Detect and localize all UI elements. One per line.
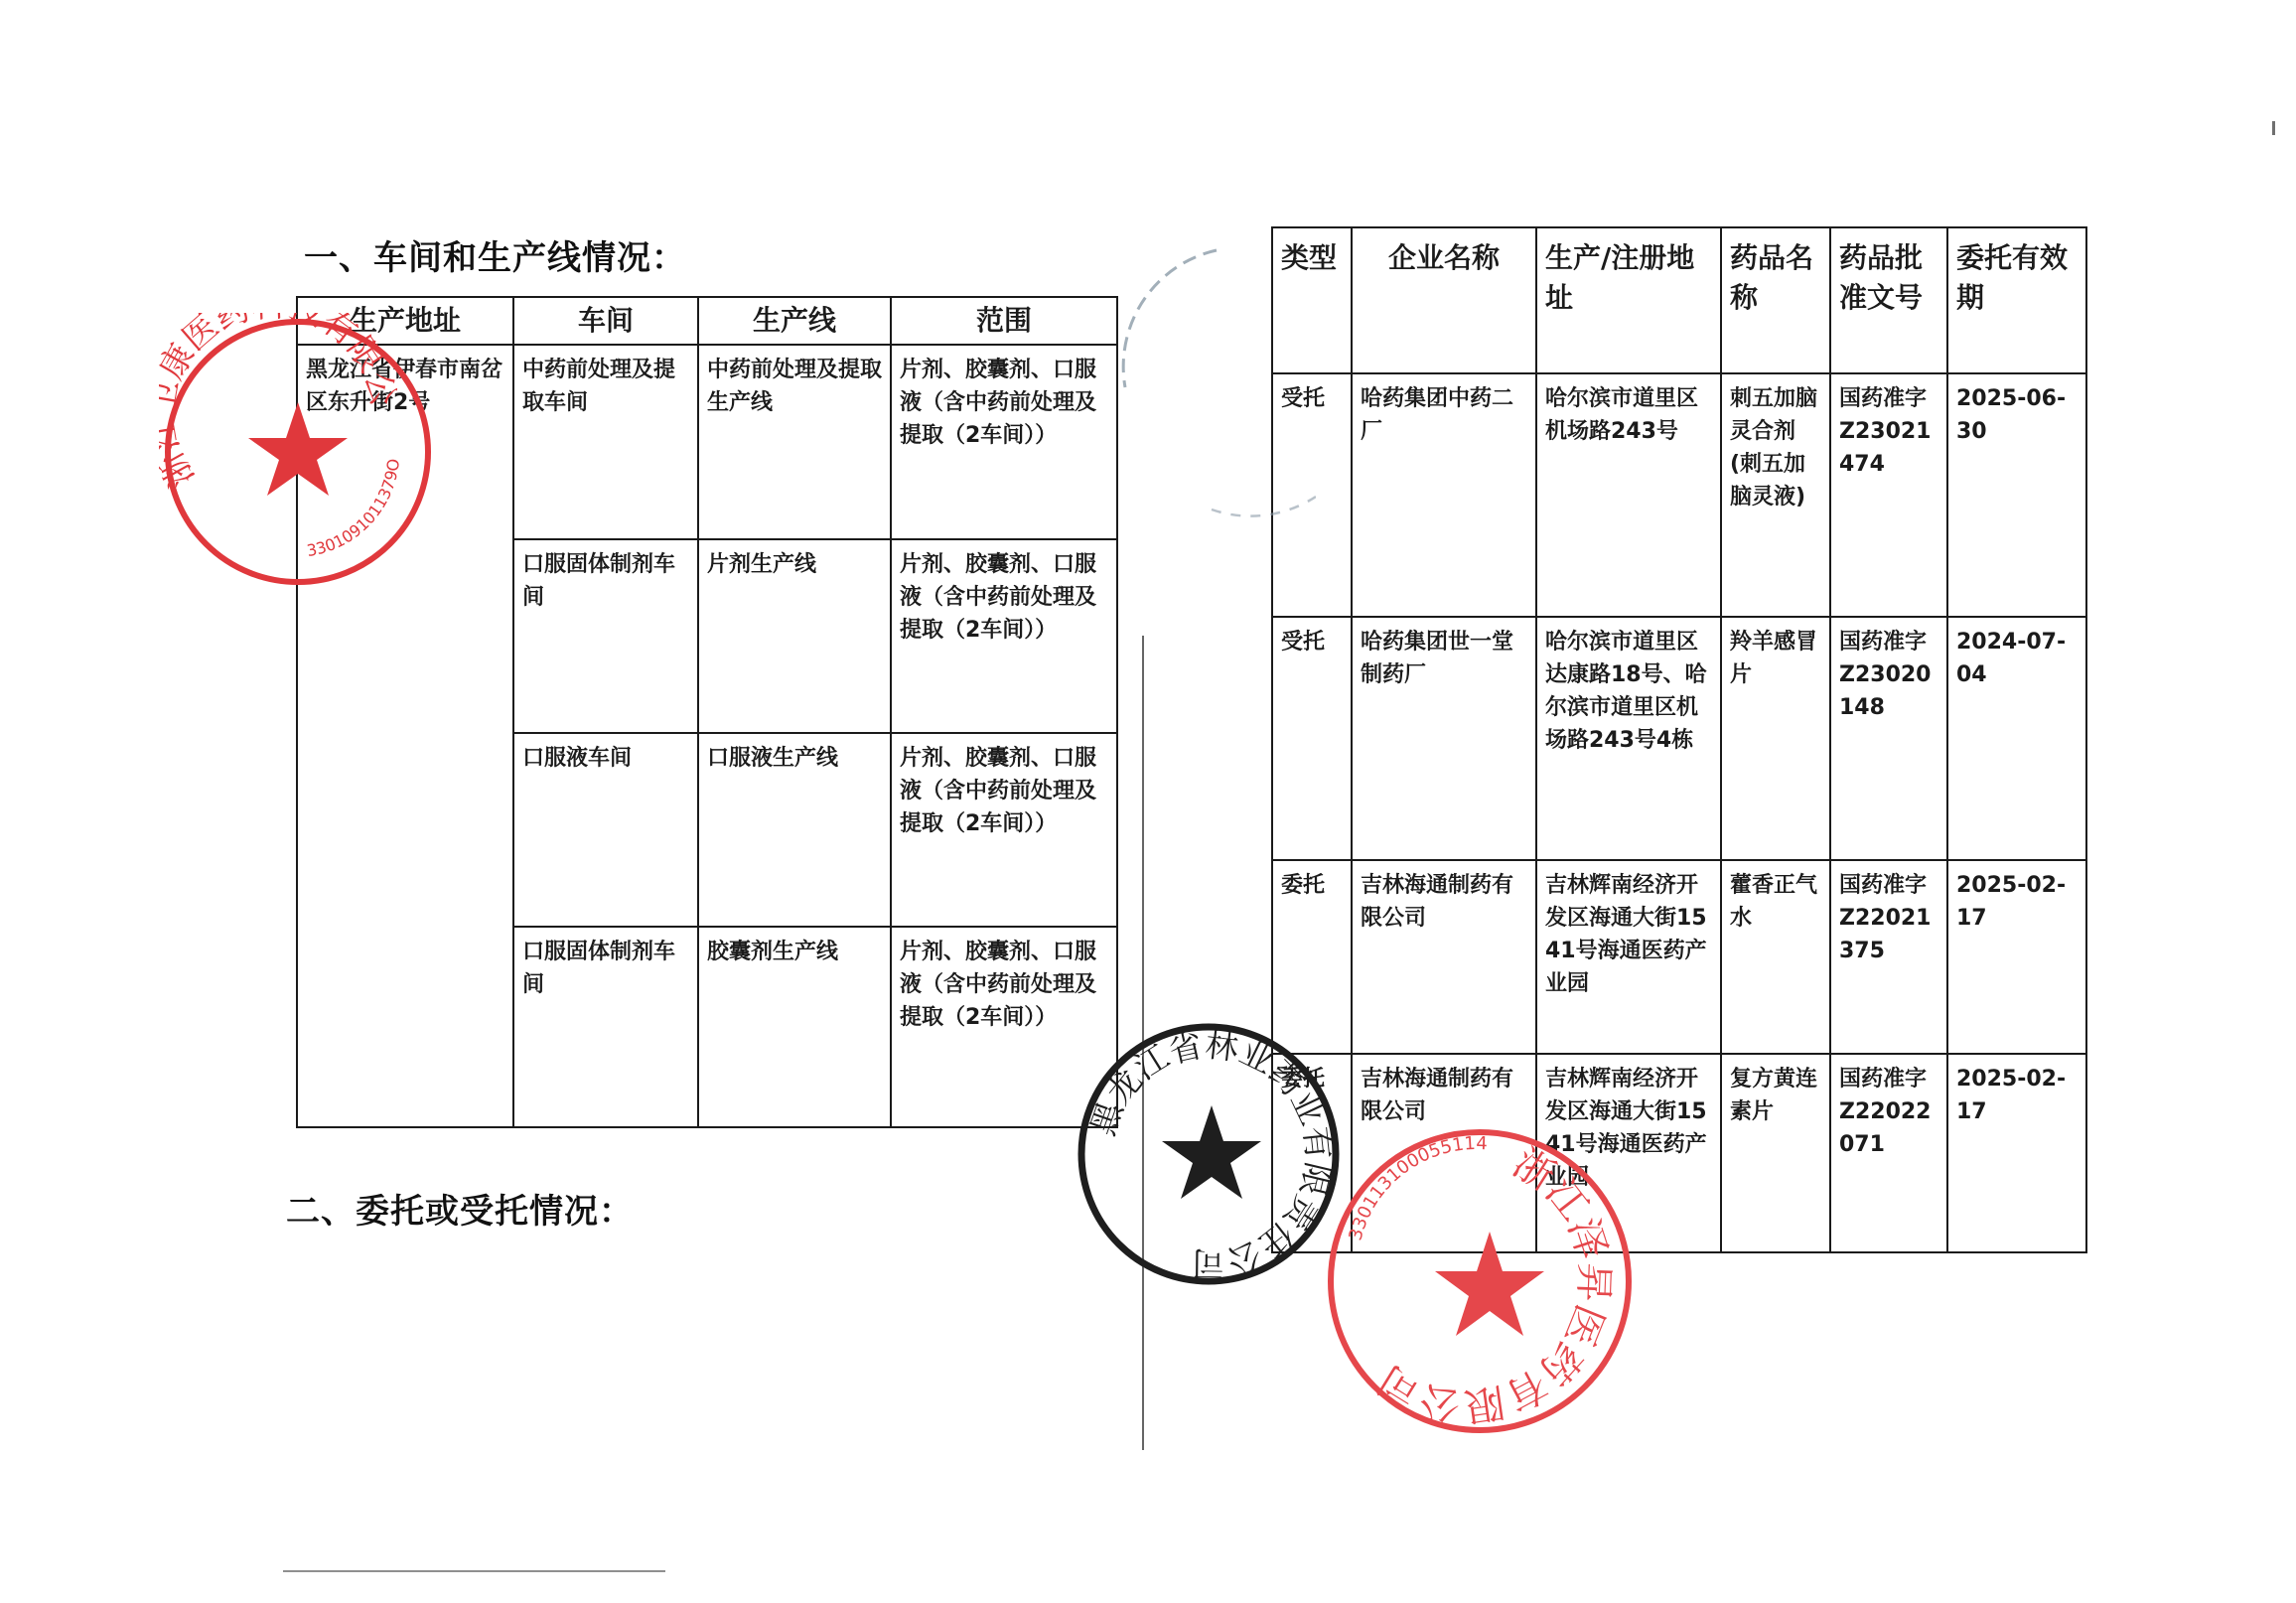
table-row: 受托 哈药集团中药二厂 哈尔滨市道里区机场路243号 刺五加脑灵合剂(刺五加脑灵… [1272, 373, 2086, 617]
company-cell: 吉林海通制药有限公司 [1352, 1054, 1536, 1252]
validity-cell: 2025-02-17 [1947, 1054, 2086, 1252]
header-approval-number: 药品批准文号 [1830, 227, 1947, 373]
drug-cell: 刺五加脑灵合剂(刺五加脑灵液) [1721, 373, 1830, 617]
table-row: 委托 吉林海通制药有限公司 吉林辉南经济开发区海通大街1541号海通医药产业园 … [1272, 860, 2086, 1054]
production-line-cell: 中药前处理及提取生产线 [698, 345, 891, 539]
section-1-title: 一、车间和生产线情况： [304, 230, 686, 279]
table-row: 黑龙江省伊春市南岔区东升街2号 中药前处理及提取车间 中药前处理及提取生产线 片… [297, 345, 1117, 539]
company-cell: 哈药集团世一堂制药厂 [1352, 617, 1536, 860]
edge-mark [2272, 121, 2275, 135]
section-2-title: 二、委托或受托情况： [286, 1184, 634, 1233]
header-type: 类型 [1272, 227, 1352, 373]
header-registered-address: 生产/注册地址 [1536, 227, 1721, 373]
workshop-cell: 口服液车间 [513, 733, 698, 927]
validity-cell: 2025-02-17 [1947, 860, 2086, 1054]
drug-cell: 复方黄连素片 [1721, 1054, 1830, 1252]
table-header-row: 类型 企业名称 生产/注册地址 药品名称 药品批准文号 委托有效期 [1272, 227, 2086, 373]
company-cell: 吉林海通制药有限公司 [1352, 860, 1536, 1054]
type-cell: 受托 [1272, 617, 1352, 860]
address-cell: 哈尔滨市道里区机场路243号 [1536, 373, 1721, 617]
drug-cell: 羚羊感冒片 [1721, 617, 1830, 860]
workshop-cell: 口服固体制剂车间 [513, 927, 698, 1127]
header-scope: 范围 [891, 297, 1117, 345]
validity-cell: 2024-07-04 [1947, 617, 2086, 860]
approval-cell: 国药准字Z23021474 [1830, 373, 1947, 617]
header-production-address: 生产地址 [297, 297, 513, 345]
production-address-cell: 黑龙江省伊春市南岔区东升街2号 [297, 345, 513, 1127]
address-cell: 吉林辉南经济开发区海通大街1541号海通医药产业园 [1536, 1054, 1721, 1252]
scope-cell: 片剂、胶囊剂、口服液（含中药前处理及提取（2车间）） [891, 539, 1117, 733]
validity-cell: 2025-06-30 [1947, 373, 2086, 617]
workshop-cell: 中药前处理及提取车间 [513, 345, 698, 539]
drug-cell: 藿香正气水 [1721, 860, 1830, 1054]
type-cell: 受托 [1272, 373, 1352, 617]
header-company-name: 企业名称 [1352, 227, 1536, 373]
workshop-cell: 口服固体制剂车间 [513, 539, 698, 733]
production-line-cell: 胶囊剂生产线 [698, 927, 891, 1127]
approval-cell: 国药准字Z22021375 [1830, 860, 1947, 1054]
fold-line [1142, 636, 1144, 1450]
entrustment-table: 类型 企业名称 生产/注册地址 药品名称 药品批准文号 委托有效期 受托 哈药集… [1271, 226, 2087, 1253]
address-cell: 哈尔滨市道里区达康路18号、哈尔滨市道里区机场路243号4栋 [1536, 617, 1721, 860]
type-cell: 委托 [1272, 860, 1352, 1054]
header-workshop: 车间 [513, 297, 698, 345]
workshop-production-line-table: 生产地址 车间 生产线 范围 黑龙江省伊春市南岔区东升街2号 中药前处理及提取车… [296, 296, 1118, 1128]
header-drug-name: 药品名称 [1721, 227, 1830, 373]
scope-cell: 片剂、胶囊剂、口服液（含中药前处理及提取（2车间）） [891, 927, 1117, 1127]
production-line-cell: 片剂生产线 [698, 539, 891, 733]
table-row: 委托 吉林海通制药有限公司 吉林辉南经济开发区海通大街1541号海通医药产业园 … [1272, 1054, 2086, 1252]
approval-cell: 国药准字Z23020148 [1830, 617, 1947, 860]
type-cell: 委托 [1272, 1054, 1352, 1252]
address-cell: 吉林辉南经济开发区海通大街1541号海通医药产业园 [1536, 860, 1721, 1054]
approval-cell: 国药准字Z22022071 [1830, 1054, 1947, 1252]
header-production-line: 生产线 [698, 297, 891, 345]
header-validity: 委托有效期 [1947, 227, 2086, 373]
table-row: 受托 哈药集团世一堂制药厂 哈尔滨市道里区达康路18号、哈尔滨市道里区机场路24… [1272, 617, 2086, 860]
scope-cell: 片剂、胶囊剂、口服液（含中药前处理及提取（2车间）） [891, 345, 1117, 539]
scope-cell: 片剂、胶囊剂、口服液（含中药前处理及提取（2车间）） [891, 733, 1117, 927]
production-line-cell: 口服液生产线 [698, 733, 891, 927]
table-header-row: 生产地址 车间 生产线 范围 [297, 297, 1117, 345]
bottom-rule [283, 1570, 665, 1572]
company-cell: 哈药集团中药二厂 [1352, 373, 1536, 617]
